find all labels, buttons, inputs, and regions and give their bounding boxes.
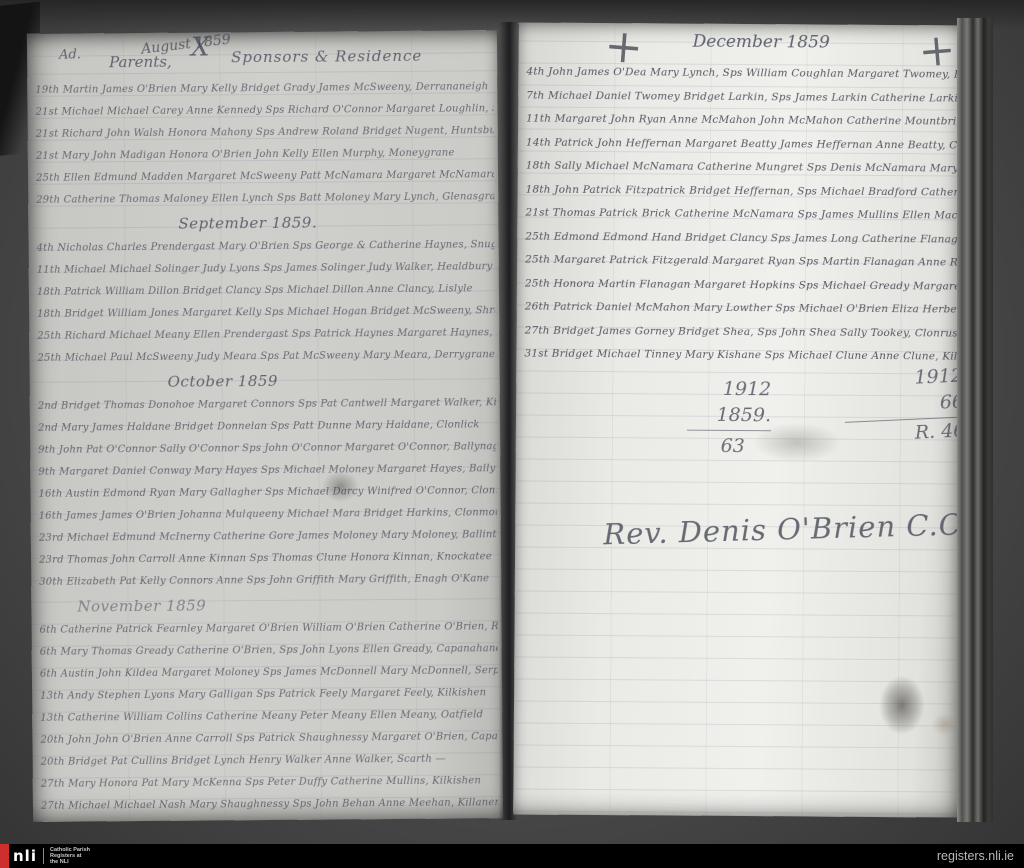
- section-title-september: September 1859.: [178, 208, 494, 236]
- register-scan-viewer: Ad. Parents, August 1859 X Sponsors & Re…: [0, 0, 1024, 868]
- september-entries: 4th Nicholas Charles Prendergast Mary O'…: [37, 234, 496, 370]
- register-entry: 27th Michael Michael Nash Mary Shaughnes…: [41, 792, 499, 818]
- arithmetic-subtraction: 1912 1859. 63: [681, 376, 772, 460]
- header-abbrev: Ad.: [59, 47, 81, 62]
- arith-value: 1859.: [681, 402, 771, 429]
- header-parents-column: Parents,: [109, 53, 172, 71]
- nli-footer-bar: nli Catholic Parish Registers at the NLI…: [0, 844, 1024, 868]
- arith-result: R. 46: [845, 417, 963, 448]
- footer-site-url: registers.nli.ie: [937, 849, 1014, 863]
- right-page-header: + December 1859 +: [527, 27, 959, 64]
- stain: [932, 713, 958, 735]
- register-entry: 11th Margaret John Ryan Anne McMahon Joh…: [526, 108, 958, 135]
- register-entry: 21st Thomas Patrick Brick Catherine McNa…: [525, 202, 957, 229]
- nli-logo-red-mark: [0, 844, 9, 868]
- register-entry: 25th Edmond Edmond Hand Bridget Clancy S…: [525, 225, 957, 252]
- footer-divider: [43, 848, 44, 864]
- register-entry: 27th Bridget James Gorney Bridget Shea, …: [525, 319, 957, 346]
- priest-signature: Rev. Denis O'Brien C.C.: [603, 507, 963, 551]
- august-entries: 19th Martin James O'Brien Mary Kelly Bri…: [35, 76, 494, 212]
- october-entries: 2nd Bridget Thomas Donohoe Margaret Conn…: [38, 392, 498, 594]
- register-entry: 18th Sally Michael McNamara Catherine Mu…: [526, 155, 958, 182]
- header-sponsors-column: Sponsors & Residence: [231, 47, 422, 67]
- arith-value: 1912: [681, 376, 771, 403]
- left-page-header: Ad. Parents, August 1859 X Sponsors & Re…: [35, 34, 493, 80]
- section-title-november: November 1859: [77, 590, 497, 619]
- register-entry: 25th Honora Martin Flanagan Margaret Hop…: [525, 272, 957, 299]
- x-mark: X: [191, 32, 210, 62]
- register-entry: 4th John James O'Dea Mary Lynch, Sps Wil…: [526, 61, 958, 88]
- header-date-note: August 1859: [140, 32, 231, 58]
- register-entry: 25th Margaret Patrick Fitzgerald Margare…: [525, 249, 957, 276]
- register-entry: 26th Patrick Daniel McMahon Mary Lowther…: [525, 296, 957, 323]
- footer-org-line: the NLI: [50, 859, 90, 865]
- november-entries: 6th Catherine Patrick Fearnley Margaret …: [40, 616, 500, 818]
- arith-result: 63: [687, 430, 771, 460]
- december-entries: 4th John James O'Dea Mary Lynch, Sps Wil…: [524, 61, 958, 370]
- arithmetic-subtraction: 1912 66 R. 46: [842, 362, 962, 448]
- register-entry: 18th John Patrick Fitzpatrick Bridget He…: [526, 178, 958, 205]
- left-page: Ad. Parents, August 1859 X Sponsors & Re…: [27, 30, 503, 822]
- stain: [879, 675, 925, 735]
- right-page: + December 1859 + 4th John James O'Dea M…: [513, 22, 963, 817]
- nli-logo: nli: [13, 847, 37, 865]
- footer-org-label: Catholic Parish Registers at the NLI: [50, 847, 90, 865]
- section-title-october: October 1859: [168, 366, 496, 395]
- register-entry: 7th Michael Daniel Twomey Bridget Larkin…: [526, 84, 958, 111]
- section-title-december: December 1859: [693, 32, 830, 53]
- book-page-edges: [957, 18, 993, 822]
- register-entry: 14th Patrick John Heffernan Margaret Bea…: [526, 131, 958, 158]
